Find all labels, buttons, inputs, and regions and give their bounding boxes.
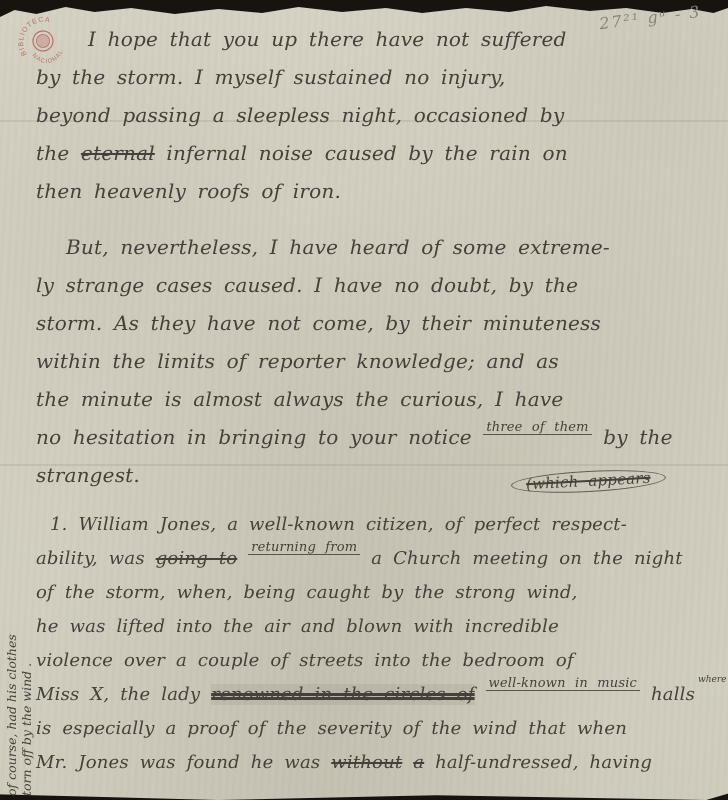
handwritten-text bbox=[237, 548, 248, 569]
handwritten-text: violence over a couple of streets into t… bbox=[36, 650, 574, 671]
handwritten-text: But, nevertheless, I have heard of some … bbox=[66, 235, 610, 259]
margin-note-line: of course, had his clothes bbox=[4, 634, 19, 796]
text-line: violence over a couple of streets into t… bbox=[36, 644, 712, 678]
handwritten-text: storm. As they have not come, by their m… bbox=[36, 311, 601, 335]
text-line: then heavenly roofs of iron. bbox=[36, 172, 712, 210]
text-line: the minute is almost always the curious,… bbox=[36, 380, 712, 418]
handwritten-text: beyond passing a sleepless night, occasi… bbox=[36, 103, 564, 127]
para-william-jones: 1. William Jones, a well-known citizen, … bbox=[36, 508, 712, 780]
handwritten-text: is especially a proof of the severity of… bbox=[36, 718, 627, 739]
handwritten-text: by the bbox=[592, 425, 673, 449]
handwritten-text: Miss X, the lady bbox=[36, 684, 211, 705]
text-line: is especially a proof of the severity of… bbox=[36, 712, 712, 746]
handwritten-text: of the storm, when, being caught by the … bbox=[36, 582, 578, 603]
handwritten-text: by the storm. I myself sustained no inju… bbox=[36, 65, 505, 89]
struck-out-text: a bbox=[413, 752, 424, 773]
text-line: strangest.(which appears bbox=[36, 456, 712, 494]
text-line: by the storm. I myself sustained no inju… bbox=[36, 58, 712, 96]
text-line: ly strange cases caused. I have no doubt… bbox=[36, 266, 712, 304]
text-line: I hope that you up there have not suffer… bbox=[36, 20, 712, 58]
text-line: 1. William Jones, a well-known citizen, … bbox=[36, 508, 712, 542]
handwritten-text: infernal noise caused by the rain on bbox=[155, 141, 568, 165]
text-line: within the limits of reporter knowledge;… bbox=[36, 342, 712, 380]
text-line: storm. As they have not come, by their m… bbox=[36, 304, 712, 342]
handwritten-text: then heavenly roofs of iron. bbox=[36, 179, 341, 203]
handwritten-text: halls bbox=[640, 684, 695, 705]
text-line: But, nevertheless, I have heard of some … bbox=[36, 228, 712, 266]
text-line: Miss X, the lady renowned in the circles… bbox=[36, 678, 712, 712]
handwritten-text: I hope that you up there have not suffer… bbox=[88, 27, 567, 51]
struck-out-text: going to bbox=[156, 548, 238, 569]
text-line: beyond passing a sleepless night, occasi… bbox=[36, 96, 712, 134]
handwritten-text bbox=[475, 684, 486, 705]
handwritten-text: within the limits of reporter knowledge;… bbox=[36, 349, 559, 373]
handwritten-text: half-undressed, having bbox=[424, 752, 652, 773]
inserted-above-text: returning from bbox=[248, 541, 360, 555]
handwritten-text bbox=[402, 752, 413, 773]
handwritten-text: strangest. bbox=[36, 463, 140, 487]
handwritten-text: no hesitation in bringing to your notice bbox=[36, 425, 483, 449]
handwritten-text: 1. William Jones, a well-known citizen, … bbox=[50, 514, 627, 535]
handwritten-text: the minute is almost always the curious,… bbox=[36, 387, 563, 411]
text-line: he was lifted into the air and blown wit… bbox=[36, 610, 712, 644]
circled-struck-insertion: (which appears bbox=[511, 467, 667, 496]
struck-out-text: without bbox=[331, 752, 402, 773]
text-line: the eternal infernal noise caused by the… bbox=[36, 134, 712, 172]
handwritten-text: the bbox=[36, 141, 81, 165]
struck-out-text: eternal bbox=[81, 141, 155, 165]
handwritten-text: ly strange cases caused. I have no doubt… bbox=[36, 273, 578, 297]
text-line: of the storm, when, being caught by the … bbox=[36, 576, 712, 610]
text-line: Mr. Jones was found he was without a hal… bbox=[36, 746, 712, 780]
handwritten-text: Mr. Jones was found he was bbox=[36, 752, 331, 773]
margin-note: of course, had his clothes torn off by t… bbox=[4, 634, 34, 796]
para-cases: But, nevertheless, I have heard of some … bbox=[36, 228, 712, 494]
handwritten-text: a Church meeting on the night bbox=[360, 548, 682, 569]
text-line: ability, was going to returning from a C… bbox=[36, 542, 712, 576]
inserted-above-text: three of them bbox=[483, 421, 591, 435]
manuscript-text: I hope that you up there have not suffer… bbox=[36, 20, 712, 780]
para-opening: I hope that you up there have not suffer… bbox=[36, 20, 712, 210]
text-line: no hesitation in bringing to your notice… bbox=[36, 418, 712, 456]
handwritten-text: ability, was bbox=[36, 548, 156, 569]
margin-note-line: torn off by the wind . bbox=[19, 634, 34, 796]
handwritten-text: he was lifted into the air and blown wit… bbox=[36, 616, 559, 637]
inserted-above-tiny-text: where he was found the next morning bbox=[695, 674, 728, 687]
scribbled-out-text: renowned in the circles of bbox=[211, 684, 474, 705]
inserted-above-text: well-known in music bbox=[486, 677, 641, 691]
